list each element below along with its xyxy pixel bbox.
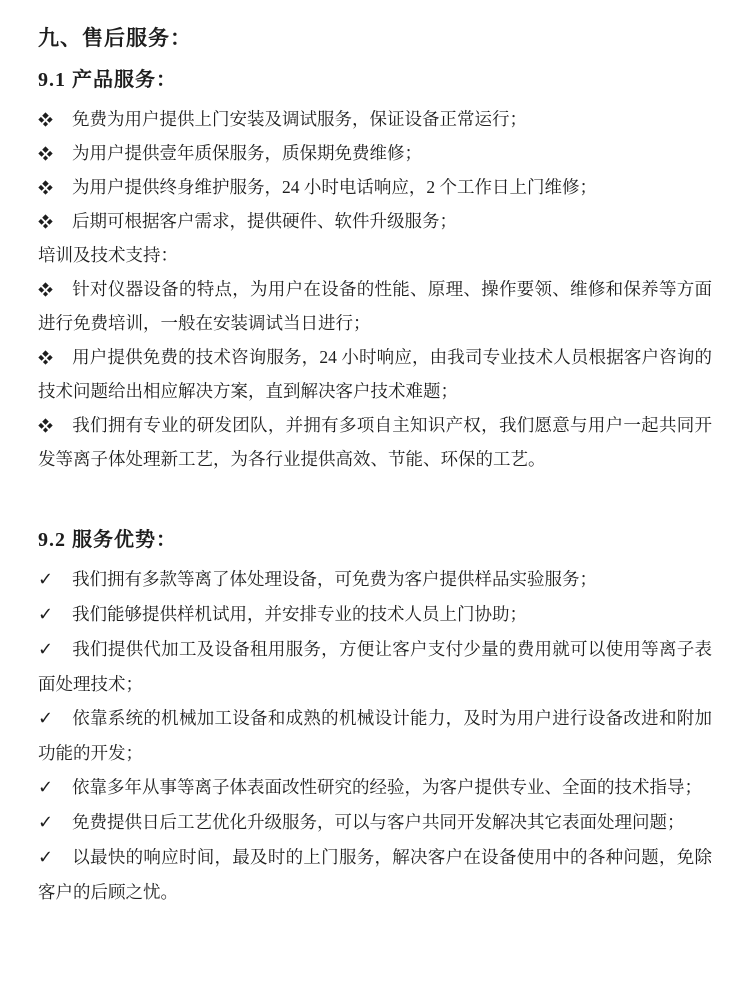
diamond-bullet-icon [38, 350, 52, 364]
bullet-marker [38, 136, 72, 170]
item-text: 针对仪器设备的特点，为用户在设备的性能、原理、操作要领、维修和保养等方面进行免费… [38, 279, 712, 333]
advantage-item: ✓我们提供代加工及设备租用服务，方便让客户支付少量的费用就可以使用等离子表面处理… [38, 632, 712, 701]
item-text: 为用户提供壹年质保服务，质保期免费维修； [72, 143, 422, 163]
bullet-marker [38, 170, 72, 204]
check-icon: ✓ [38, 771, 72, 805]
item-text: 用户提供免费的技术咨询服务，24 小时响应，由我司专业技术人员根据客户咨询的技术… [38, 347, 712, 401]
check-icon: ✓ [38, 841, 72, 875]
training-item: 用户提供免费的技术咨询服务，24 小时响应，由我司专业技术人员根据客户咨询的技术… [38, 340, 712, 408]
advantage-item: ✓依靠系统的机械加工设备和成熟的机械设计能力，及时为用户进行设备改进和附加功能的… [38, 701, 712, 770]
check-icon: ✓ [38, 806, 72, 840]
item-text: 后期可根据客户需求，提供硬件、软件升级服务； [72, 211, 457, 231]
check-icon: ✓ [38, 702, 72, 736]
item-text: 依靠系统的机械加工设备和成熟的机械设计能力，及时为用户进行设备改进和附加功能的开… [38, 708, 712, 763]
item-text: 以最快的响应时间，最及时的上门服务，解决客户在设备使用中的各种问题，免除客户的后… [38, 847, 712, 902]
check-icon: ✓ [38, 633, 72, 667]
item-text: 我们能够提供样机试用，并安排专业的技术人员上门协助； [72, 604, 527, 624]
product-service-item: 免费为用户提供上门安装及调试服务，保证设备正常运行； [38, 102, 712, 136]
diamond-bullet-icon [38, 146, 52, 160]
diamond-bullet-icon [38, 180, 52, 194]
training-item: 我们拥有专业的研发团队，并拥有多项自主知识产权，我们愿意与用户一起共同开发等离子… [38, 408, 712, 476]
diamond-bullet-icon [38, 214, 52, 228]
diamond-bullet-icon [38, 418, 52, 432]
section-title: 九、售后服务： [38, 22, 712, 54]
subsection-title-service-advantages: 9.2 服务优势： [38, 524, 712, 556]
advantage-item: ✓我们能够提供样机试用，并安排专业的技术人员上门协助； [38, 597, 712, 632]
training-item: 针对仪器设备的特点，为用户在设备的性能、原理、操作要领、维修和保养等方面进行免费… [38, 272, 712, 340]
item-text: 依靠多年从事等离子体表面改性研究的经验，为客户提供专业、全面的技术指导； [72, 777, 702, 797]
advantage-item: ✓以最快的响应时间，最及时的上门服务，解决客户在设备使用中的各种问题，免除客户的… [38, 840, 712, 909]
bullet-marker [38, 204, 72, 238]
bullet-marker [38, 340, 72, 374]
item-text: 免费为用户提供上门安装及调试服务，保证设备正常运行； [72, 109, 527, 129]
product-service-item: 后期可根据客户需求，提供硬件、软件升级服务； [38, 204, 712, 238]
item-text: 为用户提供终身维护服务，24 小时电话响应，2 个工作日上门维修； [72, 177, 597, 197]
bullet-marker [38, 408, 72, 442]
advantage-item: ✓我们拥有多款等离了体处理设备，可免费为客户提供样品实验服务； [38, 562, 712, 597]
bullet-marker [38, 272, 72, 306]
diamond-bullet-icon [38, 282, 52, 296]
product-service-item: 为用户提供终身维护服务，24 小时电话响应，2 个工作日上门维修； [38, 170, 712, 204]
product-service-item: 为用户提供壹年质保服务，质保期免费维修； [38, 136, 712, 170]
advantage-item: ✓免费提供日后工艺优化升级服务，可以与客户共同开发解决其它表面处理问题； [38, 805, 712, 840]
check-icon: ✓ [38, 598, 72, 632]
item-text: 我们提供代加工及设备租用服务，方便让客户支付少量的费用就可以使用等离子表面处理技… [38, 639, 712, 694]
item-text: 我们拥有多款等离了体处理设备，可免费为客户提供样品实验服务； [72, 569, 597, 589]
subsection-title-product-services: 9.1 产品服务： [38, 64, 712, 96]
bullet-marker [38, 102, 72, 136]
diamond-bullet-icon [38, 112, 52, 126]
document-page: 九、售后服务： 9.1 产品服务： 免费为用户提供上门安装及调试服务，保证设备正… [0, 0, 750, 983]
check-icon: ✓ [38, 563, 72, 597]
training-support-heading: 培训及技术支持： [38, 238, 712, 272]
item-text: 我们拥有专业的研发团队，并拥有多项自主知识产权，我们愿意与用户一起共同开发等离子… [38, 415, 712, 469]
advantage-item: ✓依靠多年从事等离子体表面改性研究的经验，为客户提供专业、全面的技术指导； [38, 770, 712, 805]
item-text: 免费提供日后工艺优化升级服务，可以与客户共同开发解决其它表面处理问题； [72, 812, 685, 832]
